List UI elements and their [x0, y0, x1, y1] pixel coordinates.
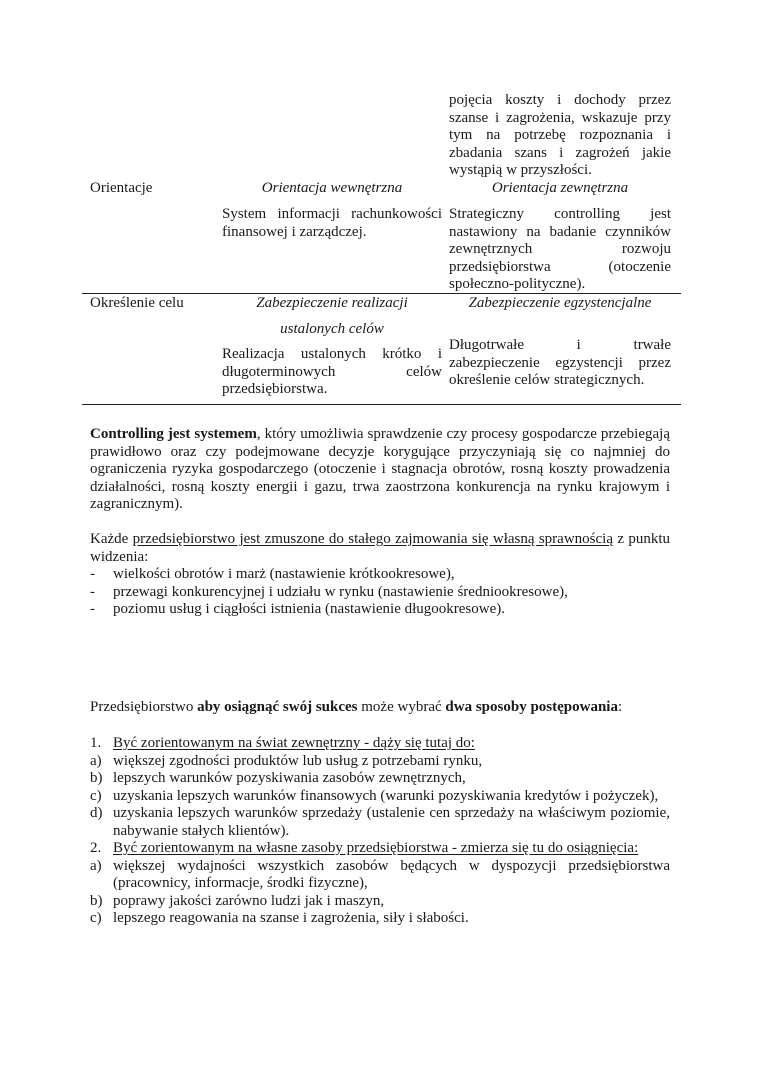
letter-marker: d) [90, 805, 103, 823]
existential-security-text: Długotrwałe i trwałe zabezpieczenie egzy… [449, 337, 671, 390]
text-span: może wybrać [358, 699, 446, 715]
letter-marker: c) [90, 910, 102, 928]
paragraph-controlling-definition: Controlling jest systemem, który umożliw… [90, 426, 670, 514]
text-line: Długotrwałe i trwałe [449, 337, 671, 355]
text-line: długoterminowych celów [222, 364, 442, 382]
table-bottom-rule [82, 404, 681, 405]
text-span: Przedsiębiorstwo [90, 699, 197, 715]
text-span: : [618, 699, 622, 715]
way-heading: 1.Być zorientowanym na świat zewnętrzny … [90, 735, 670, 753]
text-line: Realizacja ustalonych krótko i [222, 346, 442, 364]
text-line: System informacji rachunkowości [222, 206, 442, 224]
col3-continued-text: pojęcia koszty i dochody przez szanse i … [449, 92, 671, 180]
list-item: a)większej zgodności produktów lub usług… [90, 753, 670, 771]
bold-span: dwa sposoby postępowania [445, 699, 618, 715]
heading-goal-realization: Zabezpieczenie realizacji ustalonych cel… [222, 295, 442, 338]
bold-span: aby osiągnąć swój sukces [197, 699, 357, 715]
list-item: d)uzyskania lepszych warunków sprzedaży … [90, 805, 670, 840]
text-line: społeczno-polityczne). [449, 276, 671, 294]
paragraph-lead: Każde [90, 531, 133, 547]
underlined-phrase: przedsiębiorstwo jest zmuszone do stałeg… [133, 531, 613, 547]
list-item-text: wielkości obrotów i marż (nastawienie kr… [113, 566, 455, 582]
list-item: -wielkości obrotów i marż (nastawienie k… [90, 566, 670, 584]
heading-internal-orientation: Orientacja wewnętrzna [222, 180, 442, 198]
external-orientation-text: Strategiczny controlling jest nastawiony… [449, 206, 671, 294]
list-item-text: poziomu usług i ciągłości istnienia (nas… [113, 601, 505, 617]
letter-marker: c) [90, 788, 102, 806]
number-marker: 2. [90, 840, 101, 858]
text-line: finansowej i zarządczej. [222, 224, 442, 242]
bold-lead: Controlling jest systemem [90, 426, 257, 442]
way-heading-text: Być zorientowanym na własne zasoby przed… [113, 840, 638, 856]
text-line: pojęcia koszty i dochody przez [449, 92, 671, 110]
text-line: zabezpieczenie egzystencji przez [449, 355, 671, 373]
list-item-text: przewagi konkurencyjnej i udziału w rynk… [113, 584, 568, 600]
efficiency-bullet-list: -wielkości obrotów i marż (nastawienie k… [90, 566, 670, 619]
dash-marker: - [90, 584, 95, 602]
heading-existential-security: Zabezpieczenie egzystencjalne [449, 295, 671, 313]
paragraph-efficiency: Każde przedsiębiorstwo jest zmuszone do … [90, 531, 670, 566]
list-item: b)poprawy jakości zarówno ludzi jak i ma… [90, 893, 670, 911]
text-line: zewnętrznych rozwoju [449, 241, 671, 259]
text-line: tym na potrzebę rozpoznania i [449, 127, 671, 145]
text-line: określenie celów strategicznych. [449, 372, 671, 390]
list-item: c)uzyskania lepszych warunków finansowyc… [90, 788, 670, 806]
dash-marker: - [90, 566, 95, 584]
text-line: zbadania szans i zagrożeń jakie [449, 145, 671, 163]
text-line: ustalonych celów [222, 321, 442, 339]
paragraph-success-ways: Przedsiębiorstwo aby osiągnąć swój sukce… [90, 699, 670, 717]
letter-marker: b) [90, 770, 103, 788]
text-line: nastawiony na badanie czynników [449, 224, 671, 242]
dash-marker: - [90, 601, 95, 619]
list-item: c)lepszego reagowania na szanse i zagroż… [90, 910, 670, 928]
text-line: Strategiczny controlling jest [449, 206, 671, 224]
list-item-text: większej wydajności wszystkich zasobów b… [113, 858, 670, 892]
ways-numbered-list: 1.Być zorientowanym na świat zewnętrzny … [90, 735, 670, 928]
list-item-text: lepszego reagowania na szanse i zagrożen… [113, 910, 469, 926]
letter-marker: a) [90, 858, 102, 876]
text-line: szanse i zagrożenia, wskazuje przy [449, 110, 671, 128]
list-item-text: uzyskania lepszych warunków finansowych … [113, 788, 658, 804]
letter-marker: a) [90, 753, 102, 771]
list-item-text: lepszych warunków pozyskiwania zasobów z… [113, 770, 466, 786]
way-heading: 2.Być zorientowanym na własne zasoby prz… [90, 840, 670, 858]
way-heading-text: Być zorientowanym na świat zewnętrzny - … [113, 735, 475, 751]
row-label-orientation: Orientacje [90, 180, 152, 198]
letter-marker: b) [90, 893, 103, 911]
text-line: przedsiębiorstwa (otoczenie [449, 259, 671, 277]
text-line: wystąpią w przyszłości. [449, 162, 671, 180]
list-item: a)większej wydajności wszystkich zasobów… [90, 858, 670, 893]
number-marker: 1. [90, 735, 101, 753]
heading-external-orientation: Orientacja zewnętrzna [449, 180, 671, 198]
internal-orientation-text: System informacji rachunkowości finansow… [222, 206, 442, 241]
list-item-text: uzyskania lepszych warunków sprzedaży (u… [113, 805, 670, 839]
list-item: b)lepszych warunków pozyskiwania zasobów… [90, 770, 670, 788]
goal-realization-text: Realizacja ustalonych krótko i długoterm… [222, 346, 442, 399]
list-item: -przewagi konkurencyjnej i udziału w ryn… [90, 584, 670, 602]
table-row-divider [82, 293, 681, 294]
row-label-goal: Określenie celu [90, 295, 184, 313]
text-line: przedsiębiorstwa. [222, 381, 442, 399]
text-line: Zabezpieczenie realizacji [222, 295, 442, 313]
list-item-text: większej zgodności produktów lub usług z… [113, 753, 482, 769]
list-item-text: poprawy jakości zarówno ludzi jak i masz… [113, 893, 384, 909]
list-item: -poziomu usług i ciągłości istnienia (na… [90, 601, 670, 619]
